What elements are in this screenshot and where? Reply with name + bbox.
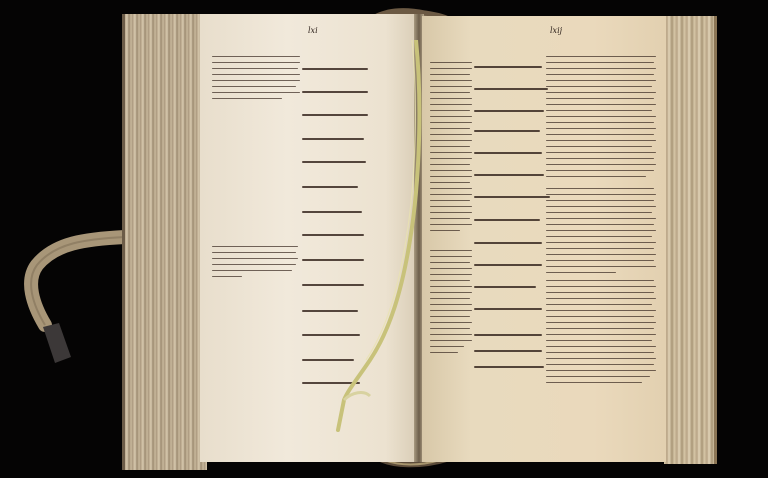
clasp-strap bbox=[15, 225, 135, 375]
manuscript-photo: lxi bbox=[0, 0, 768, 478]
right-page-edges bbox=[664, 16, 717, 464]
ribbon-bookmark bbox=[330, 40, 430, 440]
right-folio-number: lxij bbox=[550, 26, 562, 35]
right-page: lxij bbox=[422, 16, 666, 462]
left-page-edges bbox=[122, 14, 207, 470]
left-folio-number: lxi bbox=[308, 26, 318, 35]
